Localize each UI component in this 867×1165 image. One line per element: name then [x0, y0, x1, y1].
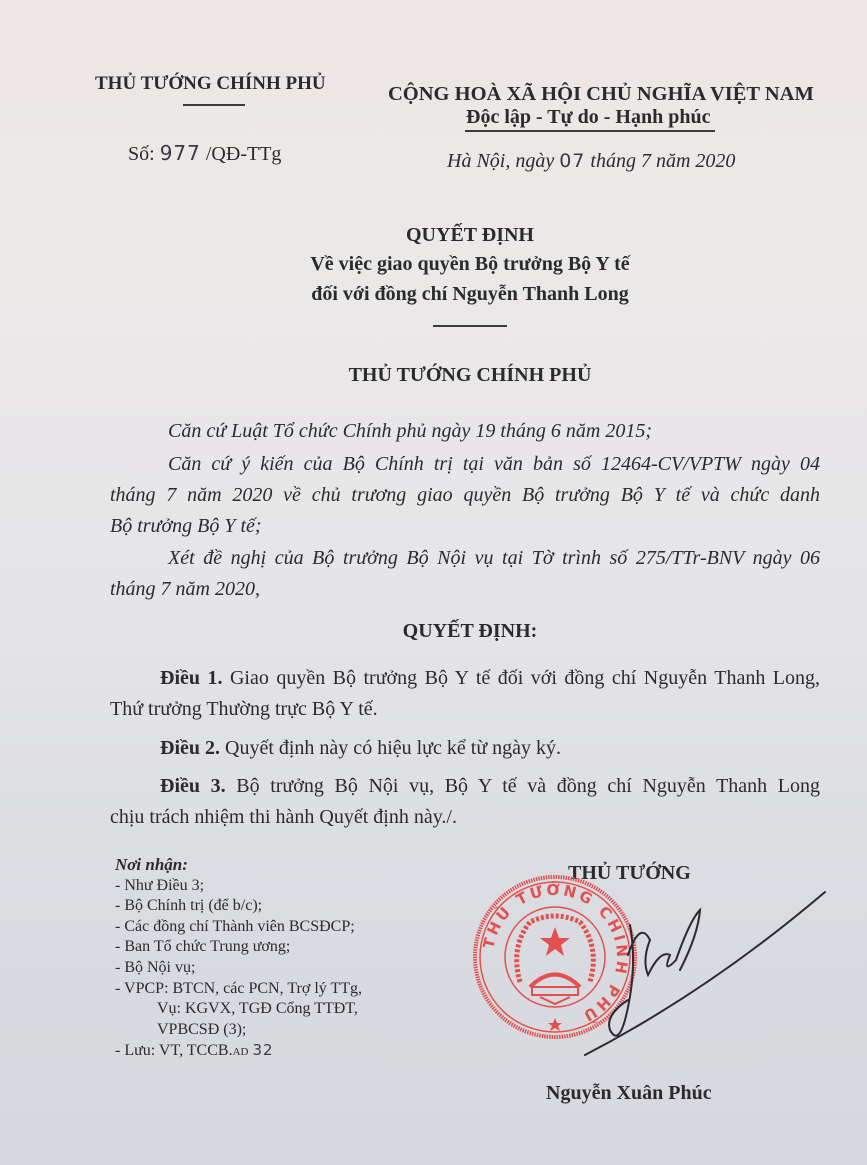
recipient-item: Vụ: KGVX, TGĐ Cổng TTĐT, — [115, 999, 362, 1020]
authority-heading: THỦ TƯỚNG CHÍNH PHỦ — [0, 364, 867, 387]
recipient-item: - Các đồng chí Thành viên BCSĐCP; — [115, 917, 362, 938]
recipients-heading: Nơi nhận: — [115, 855, 362, 876]
date-suffix: tháng 7 năm 2020 — [590, 150, 735, 172]
date-day-handwritten: 07 — [559, 150, 585, 172]
recipient-item: - Như Điều 3; — [115, 876, 362, 897]
decision-heading: QUYẾT ĐỊNH: — [0, 620, 867, 643]
place-date: Hà Nội, ngày 07 tháng 7 năm 2020 — [447, 150, 735, 173]
recipients-block: Nơi nhận: - Như Điều 3; - Bộ Chính trị (… — [115, 855, 362, 1063]
preamble-2: Căn cứ ý kiến của Bộ Chính trị tại văn b… — [110, 449, 820, 542]
number-suffix: /QĐ-TTg — [206, 143, 282, 165]
preamble-2-line-1: Căn cứ ý kiến của Bộ Chính trị tại văn b… — [110, 449, 820, 480]
preamble-1-line-1: Căn cứ Luật Tổ chức Chính phủ ngày 19 th… — [168, 420, 652, 442]
article-3-text-cont: chịu trách nhiệm thi hành Quyết định này… — [110, 802, 820, 833]
preamble-3-line-2: tháng 7 năm 2020, — [110, 574, 820, 605]
article-3-label: Điều 3. — [160, 775, 226, 797]
article-1-text: Giao quyền Bộ trưởng Bộ Y tế đối với đồn… — [230, 667, 820, 689]
recipient-item: - Bộ Chính trị (để b/c); — [115, 896, 362, 917]
preamble-2-line-3: Bộ trưởng Bộ Y tế; — [110, 511, 820, 542]
date-prefix: Hà Nội, ngày — [447, 150, 554, 172]
preamble-3-line-1: Xét đề nghị của Bộ trưởng Bộ Nội vụ tại … — [110, 543, 820, 574]
archive-line: - Lưu: VT, TCCB.AD 32 — [115, 1040, 362, 1063]
preamble-1: Căn cứ Luật Tổ chức Chính phủ ngày 19 th… — [168, 416, 652, 447]
article-2-text: Quyết định này có hiệu lực kể từ ngày ký… — [225, 737, 561, 759]
number-handwritten: 977 — [160, 141, 201, 165]
nation-name: CỘNG HOÀ XÃ HỘI CHỦ NGHĨA VIỆT NAM — [388, 83, 814, 106]
recipient-item: - Ban Tổ chức Trung ương; — [115, 937, 362, 958]
title-divider — [433, 325, 507, 327]
preamble-3: Xét đề nghị của Bộ trưởng Bộ Nội vụ tại … — [110, 543, 820, 605]
document-type: QUYẾT ĐỊNH — [0, 224, 867, 247]
article-3-text: Bộ trưởng Bộ Nội vụ, Bộ Y tế và đồng chí… — [236, 775, 820, 797]
number-prefix: Số: — [128, 143, 155, 165]
subject-line-1: Về việc giao quyền Bộ trưởng Bộ Y tế — [0, 253, 867, 276]
article-1-text-cont: Thứ trưởng Thường trực Bộ Y tế. — [110, 694, 820, 725]
article-3: Điều 3. Bộ trưởng Bộ Nội vụ, Bộ Y tế và … — [110, 771, 820, 833]
archive-text: - Lưu: VT, TCCB. — [115, 1042, 233, 1059]
national-motto: Độc lập - Tự do - Hạnh phúc — [466, 106, 710, 129]
article-2-label: Điều 2. — [160, 737, 220, 759]
recipient-item: - Bộ Nội vụ; — [115, 958, 362, 979]
agency-underline — [183, 104, 245, 106]
recipient-item: - VPCP: BTCN, các PCN, Trợ lý TTg, — [115, 979, 362, 1000]
document-number: Số: 977 /QĐ-TTg — [128, 141, 281, 166]
issuing-agency: THỦ TƯỚNG CHÍNH PHỦ — [95, 73, 326, 95]
article-2: Điều 2. Quyết định này có hiệu lực kể từ… — [160, 733, 561, 764]
signer-name: Nguyễn Xuân Phúc — [546, 1082, 712, 1105]
recipient-item: VPBCSĐ (3); — [115, 1020, 362, 1041]
motto-underline — [465, 130, 715, 132]
preamble-2-line-2: tháng 7 năm 2020 về chủ trương giao quyề… — [110, 480, 820, 511]
handwritten-signature — [530, 880, 830, 1060]
article-1: Điều 1. Giao quyền Bộ trưởng Bộ Y tế đối… — [110, 663, 820, 725]
article-1-label: Điều 1. — [160, 667, 222, 689]
archive-code: AD — [233, 1046, 249, 1058]
subject-line-2: đối với đồng chí Nguyễn Thanh Long — [0, 283, 867, 306]
archive-handwritten: 32 — [252, 1041, 273, 1059]
